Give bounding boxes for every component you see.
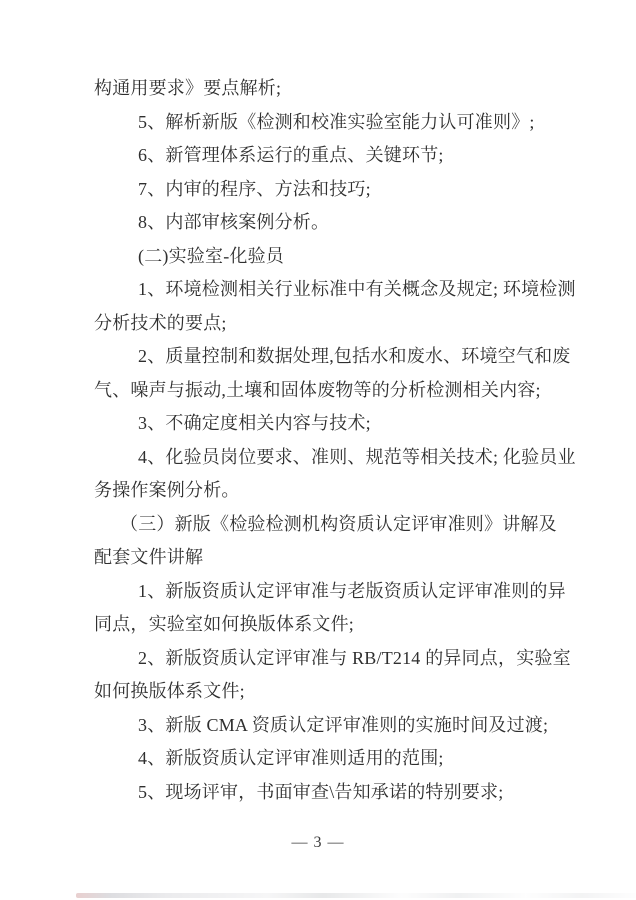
list-item: 5、现场评审，书面审查\告知承诺的特别要求; <box>94 776 554 810</box>
list-item: 5、解析新版《检测和校准实验室能力认可准则》; <box>94 106 554 140</box>
text-line: 同点，实验室如何换版体系文件; <box>94 608 554 642</box>
list-item: 1、环境检测相关行业标准中有关概念及规定; 环境检测 <box>94 273 554 307</box>
list-item: 7、内审的程序、方法和技巧; <box>94 173 554 207</box>
document-body: 构通用要求》要点解析; 5、解析新版《检测和校准实验室能力认可准则》; 6、新管… <box>94 72 554 809</box>
list-item: 8、内部审核案例分析。 <box>94 206 554 240</box>
text-line: 配套文件讲解 <box>94 541 554 575</box>
list-item: 3、新版 CMA 资质认定评审准则的实施时间及过渡; <box>94 709 554 743</box>
document-page: 构通用要求》要点解析; 5、解析新版《检测和校准实验室能力认可准则》; 6、新管… <box>0 0 636 900</box>
text-line: 构通用要求》要点解析; <box>94 72 554 106</box>
text-line: 分析技术的要点; <box>94 307 554 341</box>
section-heading: （三）新版《检验检测机构资质认定评审准则》讲解及 <box>94 508 554 542</box>
section-heading: (二)实验室-化验员 <box>94 240 554 274</box>
list-item: 1、新版资质认定评审准与老版资质认定评审准则的异 <box>94 575 554 609</box>
list-item: 6、新管理体系运行的重点、关键环节; <box>94 139 554 173</box>
list-item: 4、新版资质认定评审准则适用的范围; <box>94 742 554 776</box>
scan-artifact-band <box>76 893 636 898</box>
list-item: 2、新版资质认定评审准与 RB/T214 的异同点，实验室 <box>94 642 554 676</box>
list-item: 3、不确定度相关内容与技术; <box>94 407 554 441</box>
text-line: 务操作案例分析。 <box>94 474 554 508</box>
text-line: 气、噪声与振动,土壤和固体废物等的分析检测相关内容; <box>94 374 554 408</box>
text-line: 如何换版体系文件; <box>94 675 554 709</box>
page-number: — 3 — <box>0 832 636 854</box>
list-item: 4、化验员岗位要求、准则、规范等相关技术; 化验员业 <box>94 441 554 475</box>
list-item: 2、质量控制和数据处理,包括水和废水、环境空气和废 <box>94 340 554 374</box>
